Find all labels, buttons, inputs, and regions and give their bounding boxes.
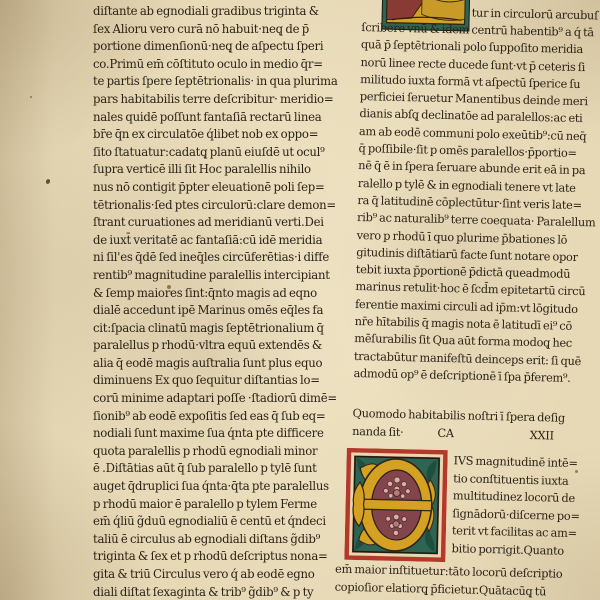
text-line: nales quidē poſſunt fantaſiā rectarū lin… (93, 109, 323, 127)
text-line: triginta & ſex et p rhodū deſcriptus non… (93, 548, 323, 566)
chapter-number: XXII (530, 426, 554, 445)
text-line: portione dimenſionū·neq̨ de aſpectu ſper… (93, 38, 323, 56)
right-column-body: ſcribere vnū & idem centrū habentib⁹ a q… (353, 19, 600, 388)
text-line: bitio porrigit.Quanto (451, 540, 591, 561)
text-line: paralellus p rhodū·vltra equū extendēs & (93, 337, 323, 355)
text-line: auget q̄druplici ſua q́nta·q̄ta pte para… (93, 478, 323, 496)
chapter-heading: Quomodo habitabilis noſtri ī ſpera deſig… (352, 404, 565, 445)
column-bottom-lines: em̄ maior inſtituetur:tāto locorū deſcri… (334, 561, 595, 600)
text-line: diali diſtat ſexaginta & trib⁹ g̃dib⁹ & … (93, 584, 323, 600)
text-line: de iuxt̄ veritatē ac fantaſiā:cū idē mer… (93, 232, 323, 250)
text-line: te partis ſpere ſeptētrionalis· in qua p… (93, 73, 323, 91)
drop-cap-letter-E (344, 448, 448, 562)
text-line: diſtante ab egnodiali gradibus triginta … (93, 3, 323, 21)
text-line: ſex Alioru vero curā nō habuit·neq̨ de p… (93, 21, 323, 39)
chapter-heading-text: nanda ſit· (352, 422, 404, 441)
chapter-label: CA (437, 424, 454, 442)
incunable-page-photo: { "page": { "description": "Photograph o… (0, 0, 600, 600)
text-line: em̄ q́liū g̃duū egnodialiū ē centū et q́… (93, 513, 323, 531)
left-text-column: diſtante ab egnodiali gradibus triginta … (93, 3, 323, 600)
foxing-speck (30, 96, 32, 98)
text-line: br̄e q̄n ex circulatōe q́libet nob ex op… (93, 126, 323, 144)
text-line: ē .Diſtātias aūt q̄ ſub paralello p tylē… (93, 460, 323, 478)
text-line: ſtrant curuationes ad meridianū verti.De… (93, 214, 323, 232)
text-line: taliū ē circulus ab egnodiali diſtans g̃… (93, 531, 323, 549)
text-line: ſionib⁹ ab eodē expoſitis ſed eas q̄ ſub… (93, 408, 323, 426)
text-line: gita & triū Circulus vero q́ ab eodē egn… (93, 566, 323, 584)
text-line: rentib⁹ magnitudine paralellis intercipi… (93, 267, 323, 285)
text-line: p rhodū maior ē paralello p tylem Ferme (93, 496, 323, 514)
text-line: diminuens Ex quo ſequitur diſtantias lo= (93, 372, 323, 390)
text-line: cit:ſpacia clinatū magis ſeptētrionalium… (93, 320, 323, 338)
text-line: & ſemp maiores ſint:q̄nto magis ad eqno (93, 285, 323, 303)
text-line: pars habitabilis terre deſcribitur· meri… (93, 91, 323, 109)
text-line: ni ſil'es q̄dē ſed ineq̄les circūferētia… (93, 249, 323, 267)
lines-beside-initial: IVS magnitudinē intē=tio conſtituentis i… (451, 452, 593, 560)
text-line: tētrionalis·ſed ptes circulorū:clare dem… (93, 197, 323, 215)
text-line: dialē accedunt ipē Marinus omēs eq̄les f… (93, 302, 323, 320)
text-line: corū minime adaptari poſſe ·ſtadiorū dim… (93, 390, 323, 408)
text-line: nus nō contigit p̄pter eleuationē poli ſ… (93, 179, 323, 197)
text-line: co.Primū em̄ cōſtituto oculo in medio q̄… (93, 56, 323, 74)
text-line: nodiali ſunt maxime ſua q́nta pte diffic… (93, 425, 323, 443)
text-line: quota paralellis p rhodū egnodiali minor (93, 443, 323, 461)
text-line: alia q̄ eodē magis auſtralia ſunt plus e… (93, 355, 323, 373)
text-line: ſito ſtatuatur:cadatq̨ planū eiuſdē ut o… (93, 144, 323, 162)
illuminated-initial-E (344, 448, 448, 562)
text-line: ſupra verticē illi ſit Hoc paralellis ni… (93, 161, 323, 179)
